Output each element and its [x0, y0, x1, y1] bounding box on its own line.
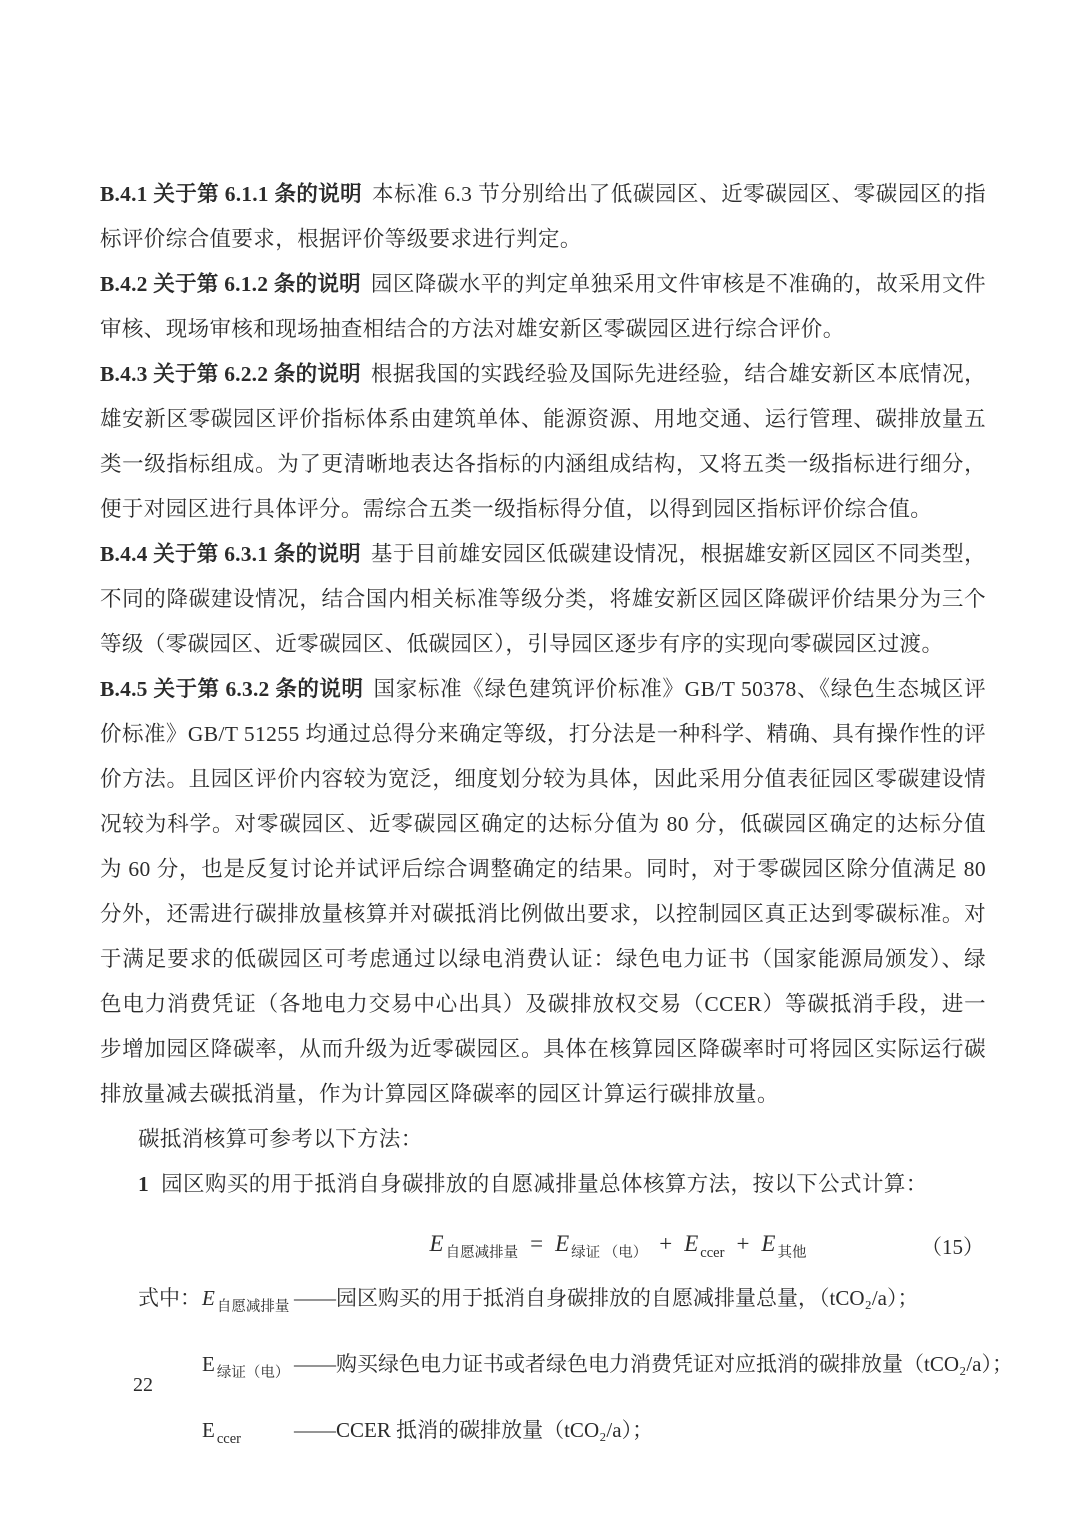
- item-text: 园区购买的用于抵消自身碳排放的自愿减排量总体核算方法，按以下公式计算：: [161, 1172, 928, 1196]
- definition-row-voluntary-reduction: 式中： E自愿减排量 ——园区购买的用于抵消自身碳排放的自愿减排量总量，（tCO…: [100, 1283, 986, 1322]
- definition-symbol: E绿证（电）: [202, 1349, 294, 1388]
- formula-subscript: ccer: [700, 1245, 724, 1261]
- clause-note-b4-2: B.4.2 关于第 6.1.2 条的说明园区降碳水平的判定单独采用文件审核是不准…: [100, 262, 986, 352]
- where-label: 式中：: [138, 1283, 202, 1313]
- equals-sign: =: [530, 1231, 543, 1256]
- definition-description: ——CCER 抵消的碳排放量（tCO₂/a）；: [294, 1415, 653, 1445]
- definition-description: ——园区购买的用于抵消自身碳排放的自愿减排量总量，（tCO₂/a）；: [294, 1283, 918, 1313]
- formula-subscript: 自愿减排量: [446, 1245, 519, 1261]
- formula-subscript: 绿证 （电）: [571, 1245, 647, 1261]
- equation-row: E自愿减排量=E绿证 （电）+Eccer+E其他 （15）: [100, 1215, 986, 1277]
- list-item-1: 1园区购买的用于抵消自身碳排放的自愿减排量总体核算方法，按以下公式计算：: [100, 1162, 986, 1207]
- clause-note-b4-5: B.4.5 关于第 6.3.2 条的说明国家标准《绿色建筑评价标准》GB/T 5…: [100, 667, 986, 1117]
- formula-symbol-e: E: [761, 1231, 775, 1256]
- method-intro: 碳抵消核算可参考以下方法：: [100, 1117, 986, 1162]
- item-number: 1: [138, 1172, 149, 1196]
- formula-symbol-e: E: [202, 1286, 215, 1310]
- formula-term-other: E其他: [761, 1231, 806, 1256]
- formula-term-green-cert: E绿证 （电）: [555, 1231, 647, 1256]
- definition-description: ——购买绿色电力证书或者绿色电力消费凭证对应抵消的碳排放量（tCO₂/a）；: [294, 1349, 1013, 1379]
- formula-term-ccer: Eccer: [684, 1231, 724, 1256]
- document-body: B.4.1 关于第 6.1.1 条的说明本标准 6.3 节分别给出了低碳园区、近…: [100, 172, 986, 1481]
- where-clause-list: 式中： E自愿减排量 ——园区购买的用于抵消自身碳排放的自愿减排量总量，（tCO…: [100, 1283, 986, 1454]
- clause-note-heading: B.4.1 关于第 6.1.1 条的说明: [100, 182, 362, 206]
- formula-symbol-e: E: [684, 1231, 698, 1256]
- definition-symbol: Eccer: [202, 1415, 294, 1454]
- clause-note-text: 国家标准《绿色建筑评价标准》GB/T 50378、《绿色生态城区评价标准》GB/…: [100, 677, 986, 1106]
- clause-note-b4-4: B.4.4 关于第 6.3.1 条的说明基于目前雄安园区低碳建设情况，根据雄安新…: [100, 532, 986, 667]
- plus-sign: +: [736, 1231, 749, 1256]
- definition-symbol: E自愿减排量: [202, 1283, 294, 1322]
- formula-symbol-e: E: [202, 1352, 215, 1376]
- clause-note-heading: B.4.4 关于第 6.3.1 条的说明: [100, 542, 361, 566]
- definition-row-green-cert: E绿证（电） ——购买绿色电力证书或者绿色电力消费凭证对应抵消的碳排放量（tCO…: [100, 1349, 986, 1388]
- formula-subscript: ccer: [217, 1431, 241, 1447]
- clause-note-b4-1: B.4.1 关于第 6.1.1 条的说明本标准 6.3 节分别给出了低碳园区、近…: [100, 172, 986, 262]
- clause-note-heading: B.4.5 关于第 6.3.2 条的说明: [100, 677, 363, 701]
- formula-lhs: E自愿减排量: [430, 1231, 519, 1256]
- equation-number: （15）: [921, 1231, 984, 1261]
- plus-sign: +: [659, 1231, 672, 1256]
- formula-subscript: 其他: [777, 1245, 806, 1261]
- formula-expression: E自愿减排量=E绿证 （电）+Eccer+E其他: [100, 1231, 986, 1262]
- clause-note-b4-3: B.4.3 关于第 6.2.2 条的说明根据我国的实践经验及国际先进经验，结合雄…: [100, 352, 986, 532]
- formula-subscript: 绿证（电）: [217, 1365, 290, 1381]
- formula-symbol-e: E: [555, 1231, 569, 1256]
- document-page: B.4.1 关于第 6.1.1 条的说明本标准 6.3 节分别给出了低碳园区、近…: [0, 0, 1080, 1527]
- formula-symbol-e: E: [430, 1231, 444, 1256]
- clause-note-heading: B.4.3 关于第 6.2.2 条的说明: [100, 362, 361, 386]
- page-number: 22: [133, 1374, 153, 1397]
- formula-symbol-e: E: [202, 1418, 215, 1442]
- clause-note-heading: B.4.2 关于第 6.1.2 条的说明: [100, 272, 361, 296]
- formula-subscript: 自愿减排量: [217, 1299, 290, 1315]
- definition-row-ccer: Eccer ——CCER 抵消的碳排放量（tCO₂/a）；: [100, 1415, 986, 1454]
